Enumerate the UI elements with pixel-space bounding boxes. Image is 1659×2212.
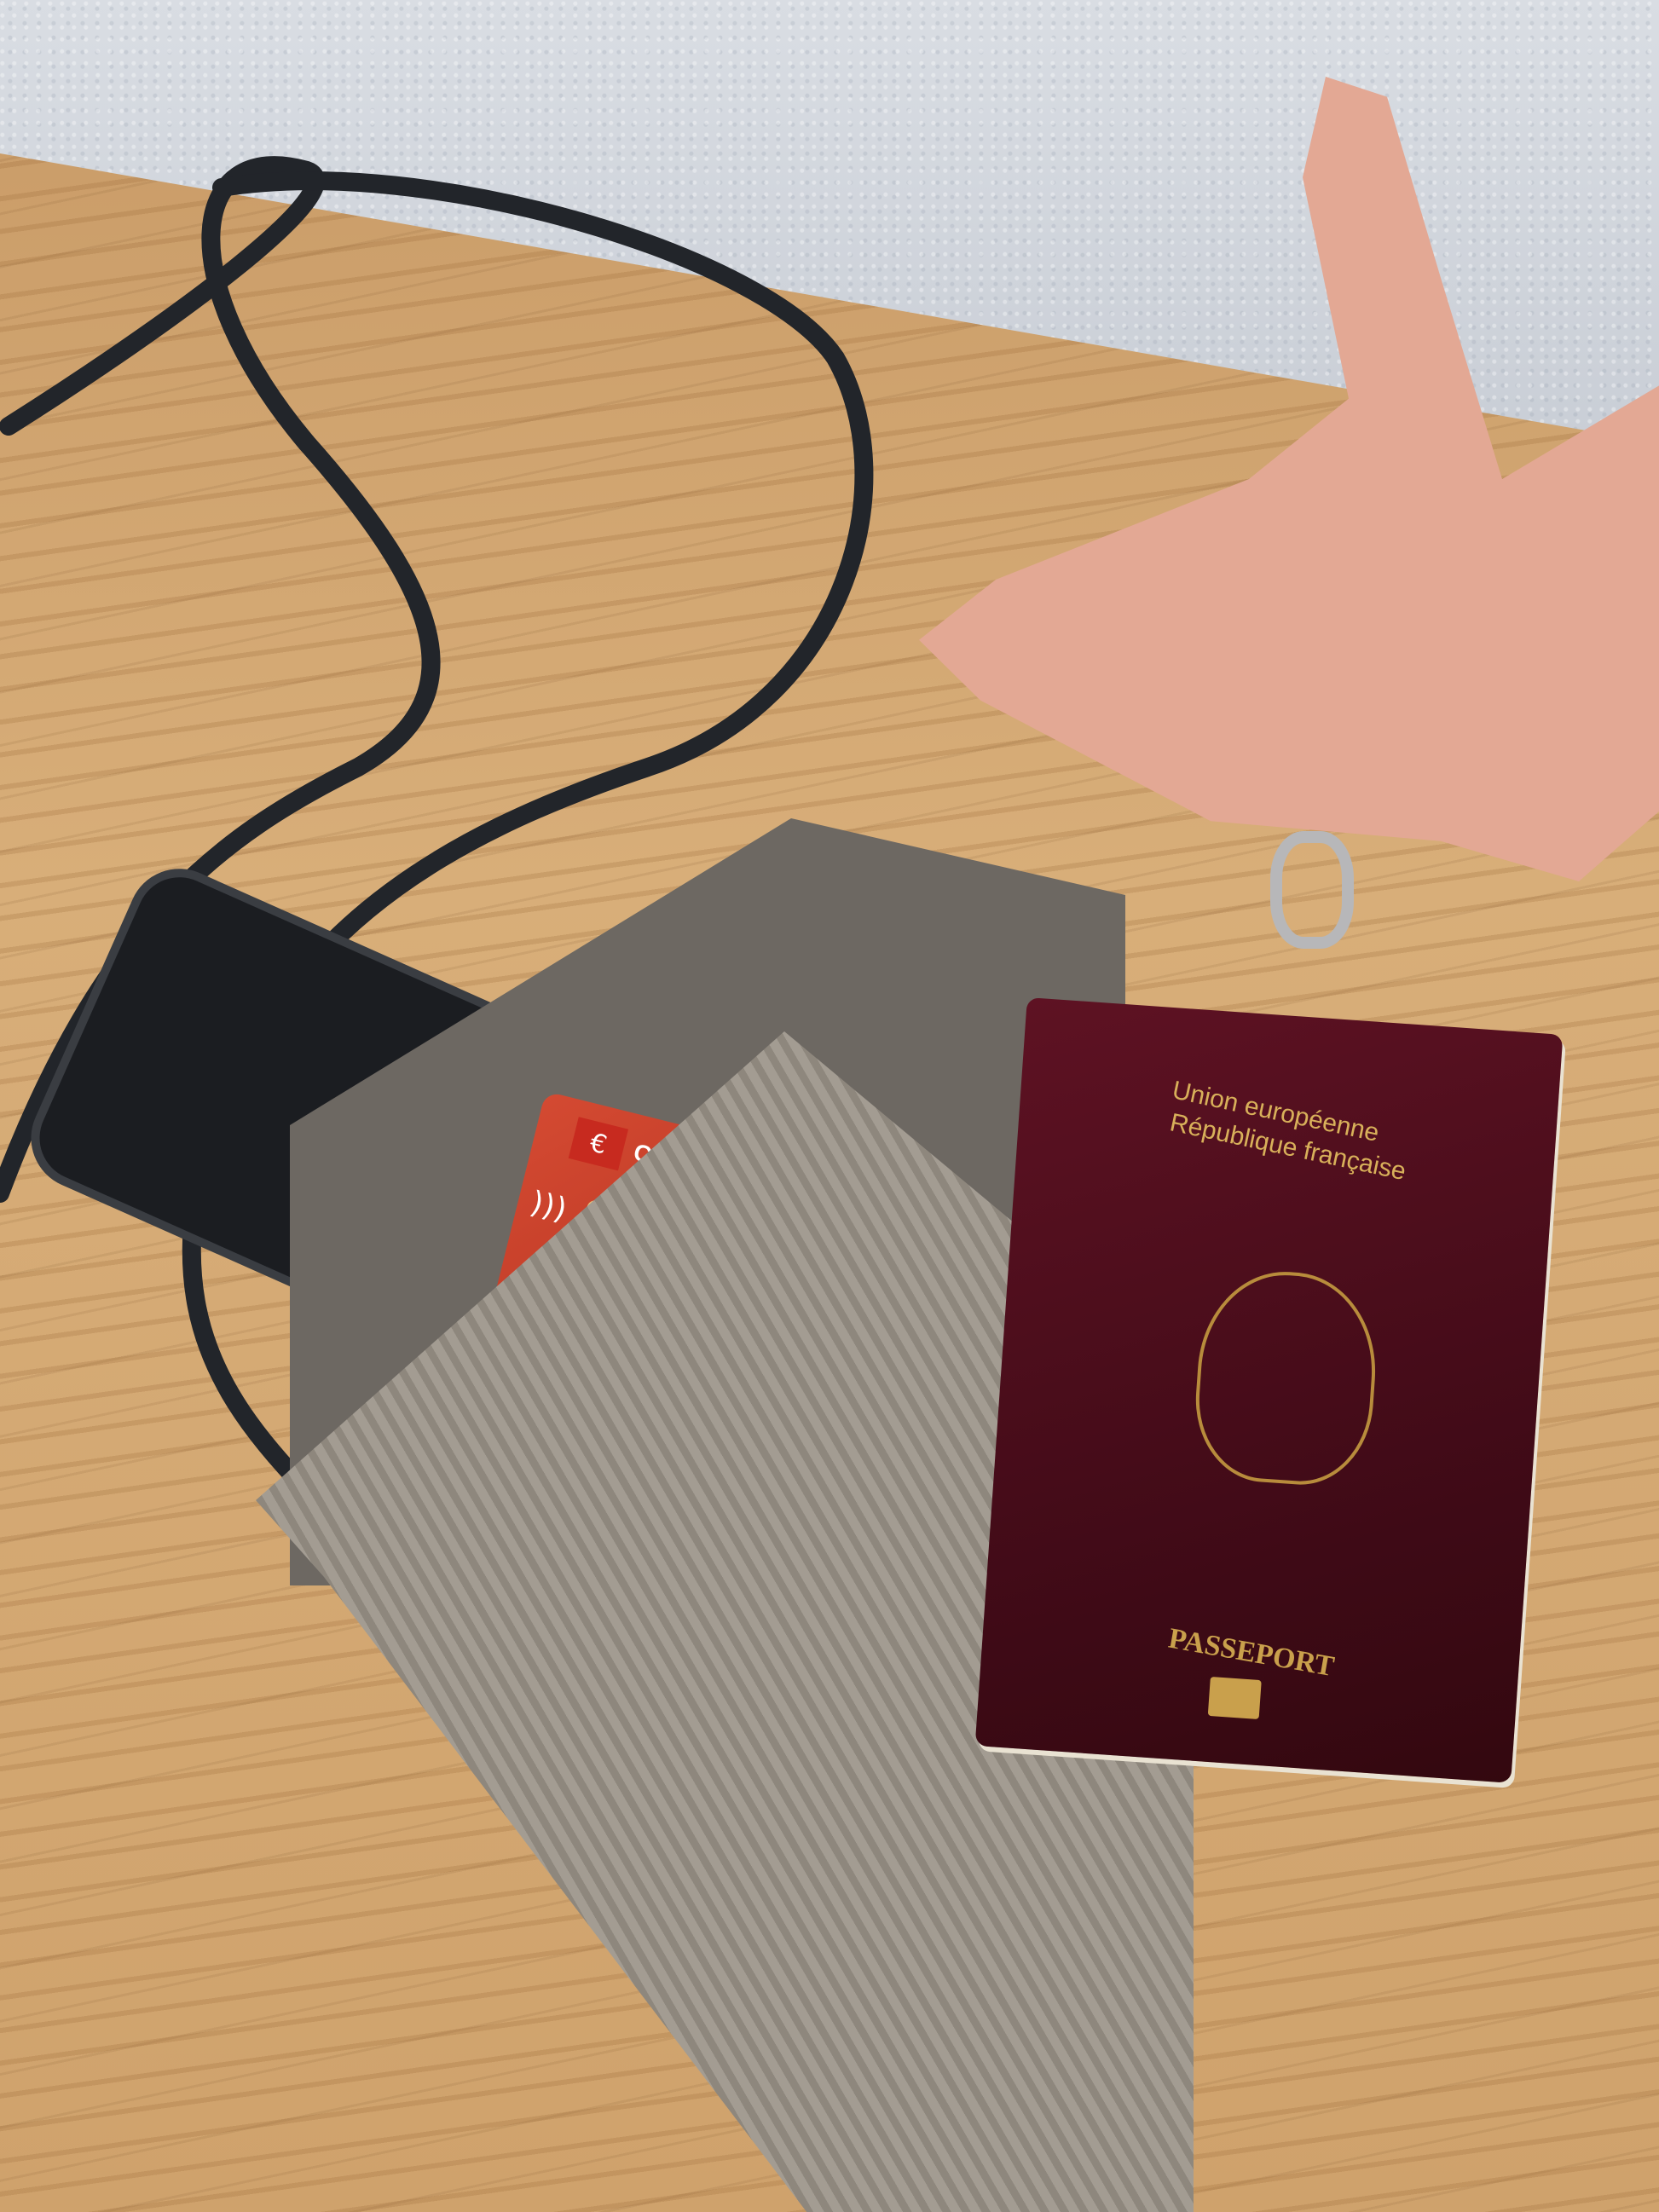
passport-title: PASSEPORT [1166,1623,1337,1684]
ring [1270,831,1354,949]
coat-of-arms-icon [1190,1266,1382,1489]
biometric-chip-icon [1208,1677,1262,1719]
passport: Union européenne République française PA… [975,997,1564,1783]
